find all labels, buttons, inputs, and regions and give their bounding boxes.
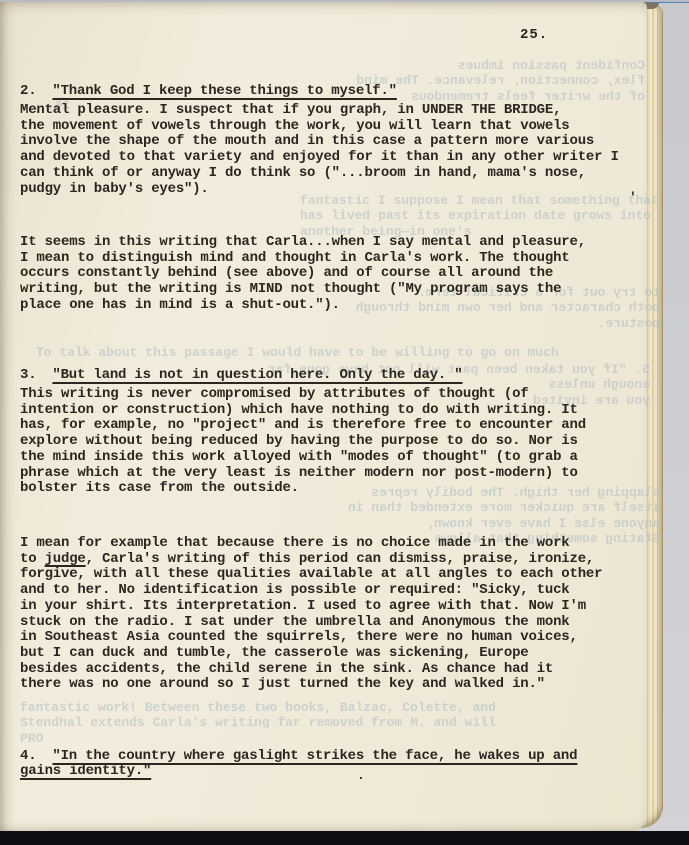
scan-top-edge — [0, 0, 689, 2]
section-number: 3. — [20, 367, 36, 383]
section-number: 2. — [20, 83, 36, 99]
bleedthrough-text: fantastic I suppose I mean that somethin… — [300, 193, 660, 239]
underlined-word-judge: judge — [45, 551, 86, 567]
paragraph-mental-pleasure: Mental pleasure. I suspect that if you g… — [20, 103, 648, 197]
scanned-page: 26. Confident passion imbues flex, conne… — [0, 2, 647, 831]
paragraph-it-seems: It seems in this writing that Carla...wh… — [20, 235, 648, 314]
section-heading-2: 2."Thank God I keep these things to myse… — [20, 68, 648, 99]
section-quote: "But land is not in question here. Only … — [52, 367, 462, 383]
section-number: 4. — [20, 748, 36, 764]
paragraph-this-writing: This writing is never compromised by att… — [20, 387, 648, 497]
section-quote: "Thank God I keep these things to myself… — [52, 83, 396, 99]
page-number: 25. — [520, 27, 548, 43]
section-heading-4: 4."In the country where gaslight strikes… — [20, 733, 648, 780]
scan-bottom-band — [0, 831, 689, 845]
paragraph-text: , Carla's writing of this period can dis… — [20, 551, 602, 693]
section-heading-3: 3."But land is not in question here. Onl… — [20, 352, 648, 383]
paragraph-i-mean: I mean for example that because there is… — [20, 536, 648, 693]
section-quote: "In the country where gaslight strikes t… — [20, 748, 577, 780]
